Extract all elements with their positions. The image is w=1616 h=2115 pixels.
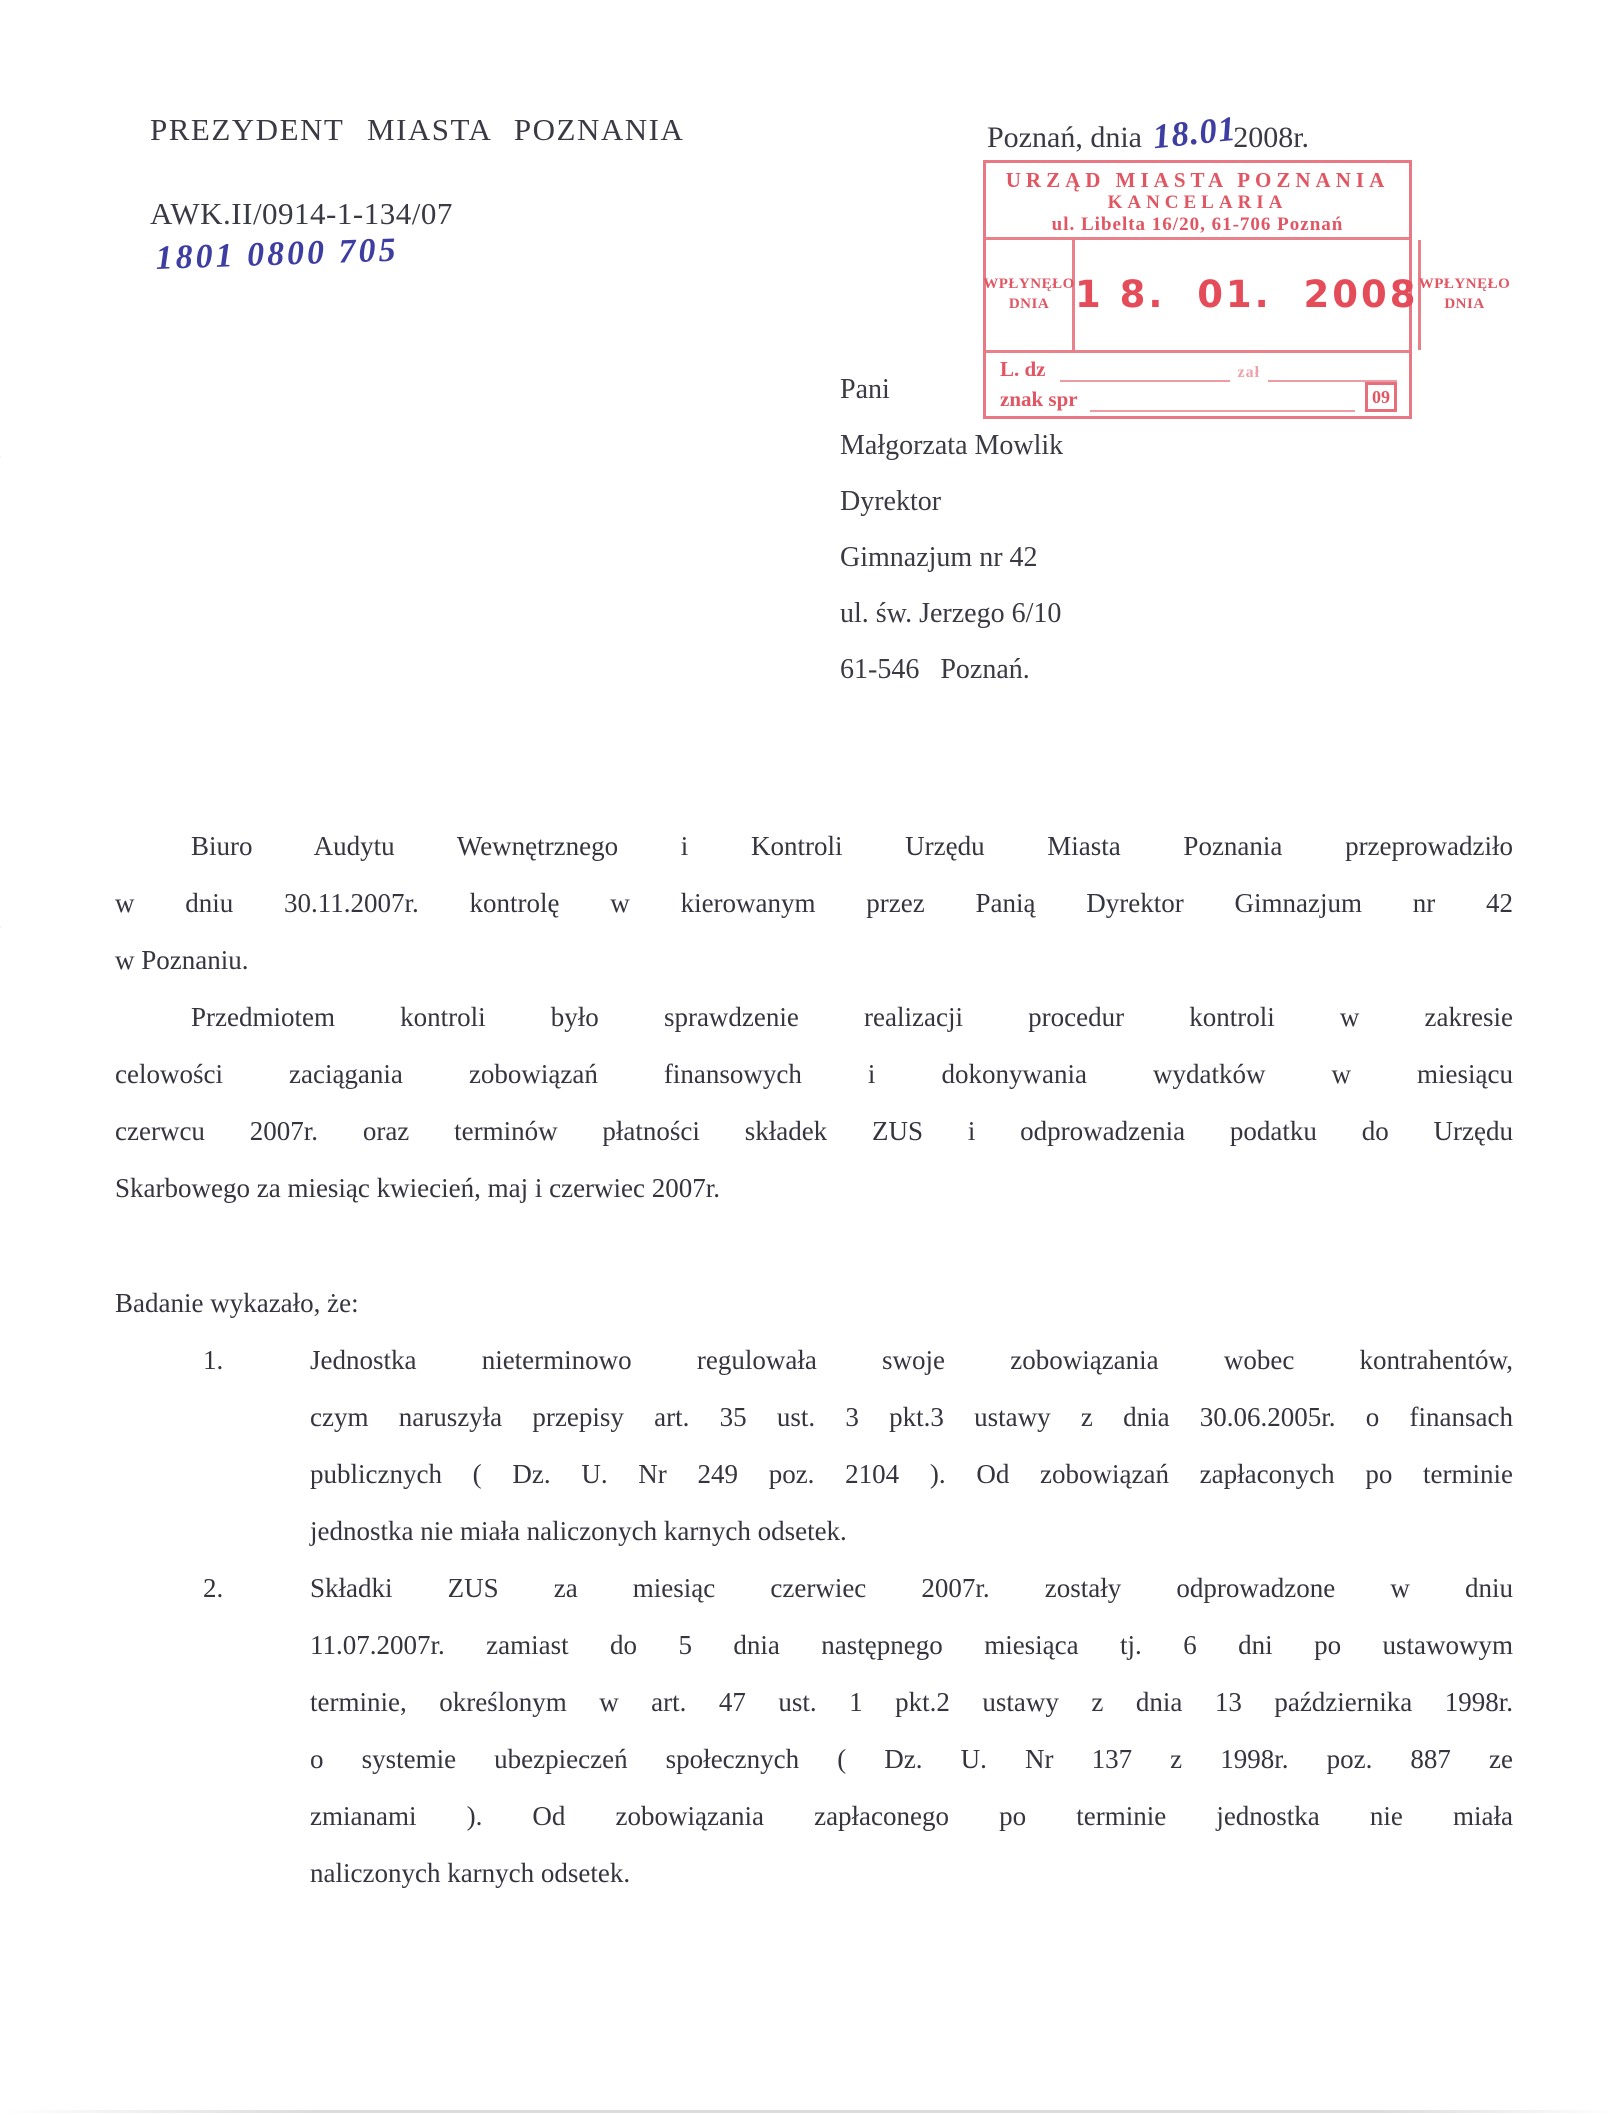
recipient-salutation: Pani [840,362,1063,418]
stamp-znak-line [1090,390,1355,412]
item-text: Składki ZUS za miesiąc czerwiec 2007r. z… [310,1560,1513,1902]
item-line: publicznych ( Dz. U. Nr 249 poz. 2104 ).… [310,1446,1513,1503]
recipient-title: Dyrektor [840,474,1063,530]
sender-name: PREZYDENT MIASTA POZNANIA [150,112,684,148]
item-number: 2. [115,1560,310,1902]
date-prefix-text: Poznań, dnia [987,121,1142,154]
paragraph-line: Przedmiotem kontroli było sprawdzenie re… [115,989,1513,1046]
scan-artifact-arc [0,915,48,989]
recipient-institution: Gimnazjum nr 42 [840,530,1063,586]
findings-list: 1. Jednostka nieterminowo regulowała swo… [115,1332,1513,1902]
item-line: zmianami ). Od zobowiązania zapłaconego … [310,1788,1513,1845]
stamp-date: 1 8. 01. 2008 [1075,240,1418,350]
stamp-received-label-right: WPŁYNĘŁODNIA [1418,240,1507,350]
scan-artifact-arc [0,445,48,519]
item-text: Jednostka nieterminowo regulowała swoje … [310,1332,1513,1560]
stamp-office-header: URZĄD MIASTA POZNANIA KANCELARIA ul. Lib… [986,163,1409,240]
stamp-zal-line [1268,360,1397,382]
item-number: 1. [115,1332,310,1560]
handwritten-date: 18.01 [1151,109,1238,158]
item-line: jednostka nie miała naliczonych karnych … [310,1503,1513,1560]
list-item: 1. Jednostka nieterminowo regulowała swo… [115,1332,1513,1560]
stamp-received-word: DNIA [1444,296,1484,312]
recipient-name: Małgorzata Mowlik [840,418,1063,474]
stamp-office-dept: KANCELARIA [986,192,1409,214]
item-line: Jednostka nieterminowo regulowała swoje … [310,1332,1513,1389]
scan-edge-line [0,2110,1616,2113]
paragraph-line: Biuro Audytu Wewnętrznego i Kontroli Urz… [115,818,1513,875]
reference-number: AWK.II/0914-1-134/07 [150,196,453,232]
date-year-text: 2008r. [1233,121,1309,154]
item-line: terminie, określonym w art. 47 ust. 1 pk… [310,1674,1513,1731]
stamp-received-word: WPŁYNĘŁO [983,276,1075,292]
stamp-received-word: WPŁYNĘŁO [1419,276,1511,292]
paragraph-1: Biuro Audytu Wewnętrznego i Kontroli Urz… [115,818,1513,989]
findings-heading: Badanie wykazało, że: [115,1275,1513,1332]
item-line: naliczonych karnych odsetek. [310,1845,1513,1902]
stamp-received-label-left: WPŁYNĘŁODNIA [986,240,1075,350]
paragraph-2: Przedmiotem kontroli było sprawdzenie re… [115,989,1513,1217]
recipient-street: ul. św. Jerzego 6/10 [840,586,1063,642]
paragraph-line: czerwcu 2007r. oraz terminów płatności s… [115,1103,1513,1160]
paragraph-line: Skarbowego za miesiąc kwiecień, maj i cz… [115,1160,1513,1217]
recipient-block: Pani Małgorzata Mowlik Dyrektor Gimnazju… [840,362,1063,698]
letter-body: Biuro Audytu Wewnętrznego i Kontroli Urz… [115,818,1513,1902]
list-item: 2. Składki ZUS za miesiąc czerwiec 2007r… [115,1560,1513,1902]
paragraph-line: w Poznaniu. [115,932,1513,989]
paragraph-line: celowości zaciągania zobowiązań finansow… [115,1046,1513,1103]
stamp-ldz-line [1060,360,1230,382]
stamp-office-address: ul. Libelta 16/20, 61-706 Poznań [986,214,1409,236]
stamp-code-box: 09 [1365,382,1397,412]
recipient-city: 61-546 Poznań. [840,642,1063,698]
item-line: czym naruszyła przepisy art. 35 ust. 3 p… [310,1389,1513,1446]
item-line: Składki ZUS za miesiąc czerwiec 2007r. z… [310,1560,1513,1617]
item-line: 11.07.2007r. zamiast do 5 dnia następneg… [310,1617,1513,1674]
stamp-zal-label: zał [1230,364,1269,382]
handwritten-registry-number: 1801 0800 705 [155,232,399,278]
document-page: { "header": { "sender": "PREZYDENT MIAST… [0,0,1616,2115]
stamp-office-name: URZĄD MIASTA POZNANIA [986,168,1409,192]
date-line: Poznań, dnia 18.012008r. [987,116,1309,156]
paragraph-line: w dniu 30.11.2007r. kontrolę w kierowany… [115,875,1513,932]
item-line: o systemie ubezpieczeń społecznych ( Dz.… [310,1731,1513,1788]
stamp-received-word: DNIA [1009,296,1049,312]
